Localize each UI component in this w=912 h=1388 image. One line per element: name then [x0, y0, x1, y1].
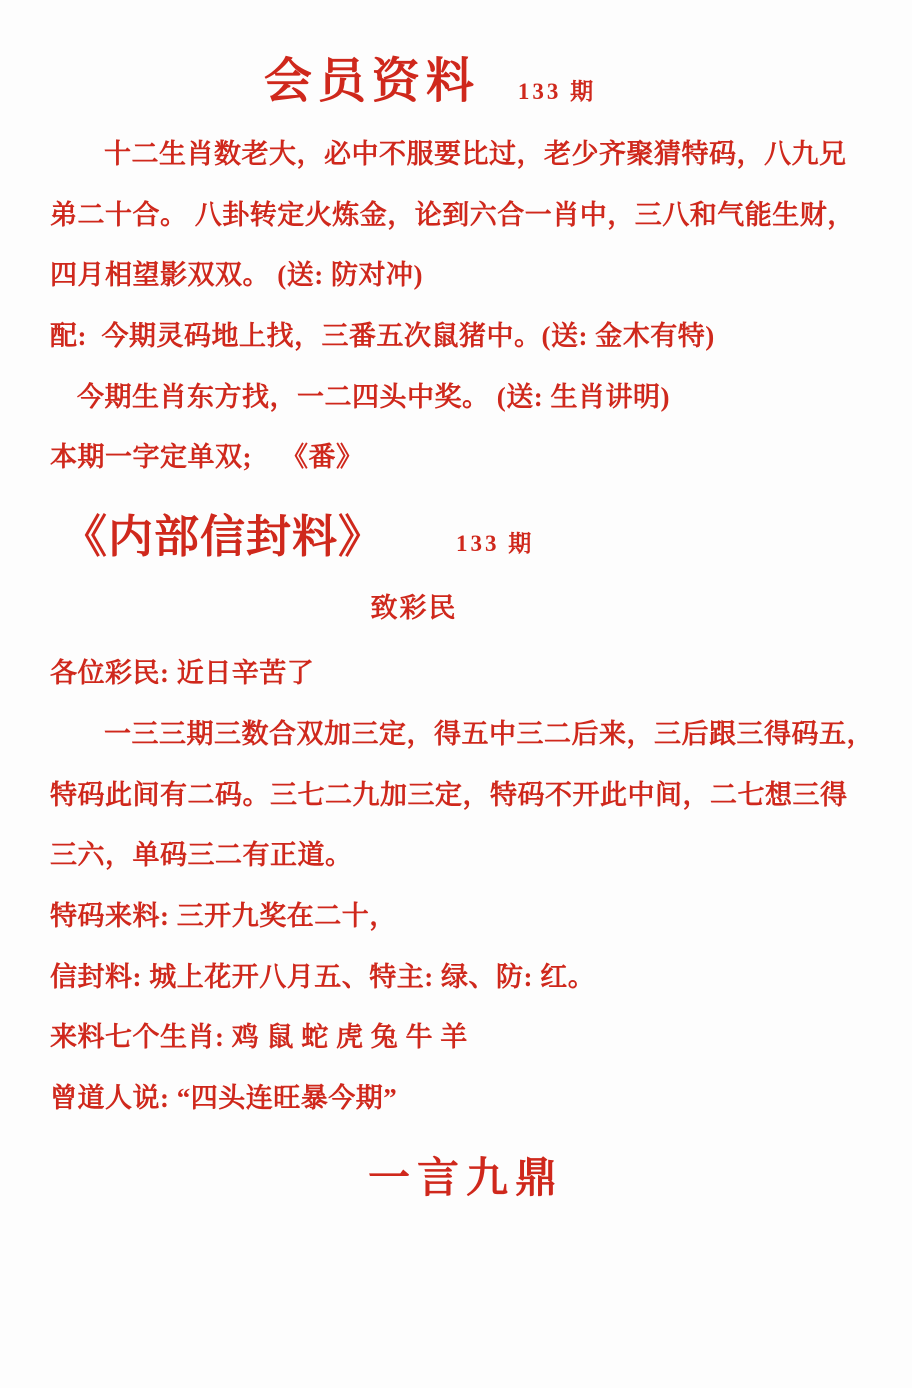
- member-line: 今期生肖东方找，一二四头中奖。 (送: 生肖讲明): [50, 383, 882, 413]
- envelope-line: 一三三期三数合双加三定，得五中三二后来，三后跟三得码五，: [50, 720, 882, 750]
- envelope-section-title: 《内部信封料》: [62, 515, 384, 560]
- member-section-title: 会员资料: [264, 58, 480, 106]
- member-line: 配: 今期灵码地上找，三番五次鼠猪中。(送: 金木有特): [50, 322, 882, 352]
- member-line: 本期一字定单双; 《番》: [50, 443, 882, 473]
- envelope-issue-number: 133 期: [456, 532, 534, 560]
- member-line: 四月相望影双双。 (送: 防对冲): [50, 261, 882, 291]
- member-issue-number: 133 期: [518, 80, 596, 106]
- member-line: 十二生肖数老大，必中不服要比过，老少齐聚猜特码，八九兄: [50, 140, 882, 170]
- envelope-line: 特码此间有二码。三七二九加三定，特码不开此中间，二七想三得: [50, 781, 882, 811]
- envelope-line: 三六，单码三二有正道。: [50, 841, 882, 871]
- envelope-line: 信封料: 城上花开八月五、特主: 绿、防: 红。: [50, 963, 882, 993]
- envelope-line: 曾道人说: “四头连旺暴今期”: [50, 1084, 882, 1114]
- member-line: 弟二十合。 八卦转定火炼金，论到六合一肖中，三八和气能生财，: [50, 201, 882, 231]
- envelope-line: 特码来料: 三开九奖在二十，: [50, 902, 882, 932]
- salutation: 致彩民: [0, 586, 830, 625]
- envelope-line: 各位彩民: 近日辛苦了: [50, 659, 882, 689]
- envelope-section-header: 《内部信封料》 133 期: [62, 515, 882, 560]
- footer-slogan: 一言九鼎: [50, 1145, 882, 1205]
- document-page: 会员资料 133 期 十二生肖数老大，必中不服要比过，老少齐聚猜特码，八九兄 弟…: [0, 0, 912, 1388]
- member-section-header: 会员资料 133 期: [14, 58, 846, 106]
- envelope-line: 来料七个生肖: 鸡 鼠 蛇 虎 兔 牛 羊: [50, 1023, 882, 1053]
